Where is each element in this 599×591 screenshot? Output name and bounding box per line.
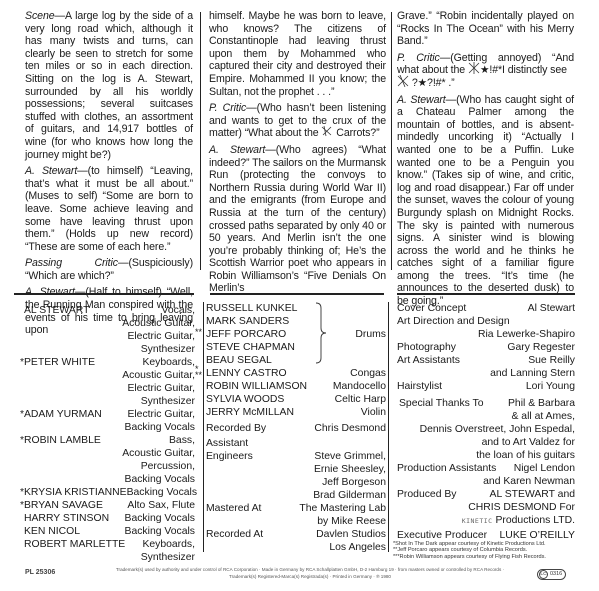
credit-label: Photography	[397, 341, 456, 354]
credit-label: Recorded At	[206, 528, 263, 554]
credit-label: Art Direction and Design	[397, 315, 575, 328]
credit-label: Assistant	[206, 437, 253, 450]
credit-row: *PETER WHITE Keyboards, Acoustic Guitar,…	[17, 356, 195, 408]
legal-line: Trademark(s) Registered-Marca(s) Registr…	[100, 573, 520, 580]
credit-label: Hairstylist	[397, 380, 442, 393]
credit-value: Al Stewart	[528, 302, 575, 315]
engineering-row: Mastered At The Mastering Lab by Mike Re…	[206, 502, 386, 528]
role: Backing Vocals	[125, 525, 195, 538]
credit-row: HARRY STINSON Backing Vocals	[17, 512, 195, 525]
credit-values: Steve Grimmel, Ernie Sheesley, Jeff Borg…	[313, 437, 386, 502]
role: Acoustic Guitar,	[122, 317, 195, 330]
credit-value: The Mastering Lab	[299, 502, 386, 515]
role: Synthesizer	[122, 395, 195, 408]
credit-value: Los Angeles	[316, 541, 386, 554]
scribble-doodle-icon	[468, 64, 480, 74]
section-divider	[14, 293, 194, 295]
credit-value-text: Productions LTD.	[495, 515, 575, 526]
footnote-marker: *	[17, 486, 24, 499]
credit-row: Art AssistantsSue Reilly	[397, 354, 575, 367]
column-divider	[200, 12, 201, 270]
column-divider	[391, 12, 392, 270]
speaker-label: A. Stewart	[25, 165, 77, 177]
engineering-row: Assistant Engineers Steve Grimmel, Ernie…	[206, 437, 386, 502]
musician-name: ROBERT MARLETTE	[24, 539, 125, 550]
role: Electric Guitar,	[122, 330, 195, 343]
credit-value: Jeff Borgeson	[313, 476, 386, 489]
kinetic-logo: KINETIC	[462, 517, 493, 525]
role: Percussion,	[122, 460, 195, 473]
credit-value: Davlen Studios	[316, 528, 386, 541]
credit-row: Production AssistantsNigel Lendon	[397, 462, 575, 475]
paragraph-text: —(to himself) “Leaving, that’s what it m…	[25, 165, 193, 253]
dialogue-paragraph: A. Stewart—(to himself) “Leaving, that’s…	[25, 165, 193, 253]
credit-value: by Mike Reese	[299, 515, 386, 528]
musician-name: JERRY McMILLAN	[206, 406, 294, 419]
paragraph-text: ★!#*I distinctly see	[480, 64, 567, 76]
role: Violin	[361, 406, 386, 419]
credit-label: Production Assistants	[397, 462, 496, 475]
credit-value: Dennis Overstreet, John Espedal,	[397, 423, 575, 436]
role: Backing Vocals	[125, 512, 195, 525]
credit-value: the loan of his guitars	[397, 449, 575, 462]
legal-line: Trademark(s) used by authority and under…	[100, 566, 520, 573]
credit-label: Recorded By	[206, 422, 266, 435]
musician-name: KEN NICOL	[24, 526, 80, 537]
lc-icon: LC	[539, 570, 548, 579]
speaker-label: P. Critic	[209, 102, 246, 114]
credit-row: *ROBIN LAMBLE Bass, Acoustic Guitar, Per…	[17, 434, 195, 486]
musician-name: AL STEWART	[24, 305, 89, 316]
role: Vocals,	[122, 304, 195, 317]
credit-value: AL STEWART and	[490, 488, 575, 501]
dialogue-paragraph: himself. Maybe he was born to leave, who…	[209, 10, 386, 98]
footnotes: *Shot In The Dark appear courtesy of Kin…	[393, 541, 593, 560]
musician-roles: Electric Guitar, Backing Vocals	[125, 408, 195, 434]
footnote-marker: *	[17, 499, 24, 512]
paragraph-text: himself. Maybe he was born to leave, who…	[209, 10, 386, 98]
credit-value: and Karen Newman	[397, 475, 575, 488]
credit-row: Cover ConceptAl Stewart	[397, 302, 575, 315]
credit-row: PhotographyGary Regester	[397, 341, 575, 354]
footnote-marker: **	[195, 327, 202, 337]
role: Keyboards,	[122, 356, 195, 369]
lc-code: 0316	[550, 570, 562, 579]
dialogue-paragraph: A. Stewart—(Who has caught sight of a Ch…	[397, 94, 574, 308]
credit-row: HairstylistLori Young	[397, 380, 575, 393]
role: Celtic Harp	[335, 393, 386, 406]
credit-row: Special Thanks ToPhil & Barbara	[397, 397, 575, 410]
credit-value: Ria Lewerke-Shapiro	[397, 328, 575, 341]
legal-text: Trademark(s) used by authority and under…	[100, 566, 520, 580]
engineering-row: Recorded By Chris Desmond	[206, 422, 386, 435]
column-divider	[203, 302, 204, 552]
speaker-label: A. Stewart	[397, 94, 446, 106]
credit-value: and Lanning Stern	[397, 367, 575, 380]
curly-brace-icon	[314, 302, 328, 364]
paragraph-text: —(Who has caught sight of a Chateau Palm…	[397, 94, 574, 308]
musician-roles: Keyboards, Acoustic Guitar, Electric Gui…	[122, 356, 195, 408]
musician-name: STEVE CHAPMAN	[206, 341, 386, 354]
musician-name: LENNY CASTRO	[206, 367, 287, 380]
credit-label: Mastered At	[206, 502, 261, 528]
credit-row: JERRY McMILLANViolin	[206, 406, 386, 419]
column-divider	[388, 302, 389, 552]
musician-name: RUSSELL KUNKEL	[206, 302, 386, 315]
section-divider	[210, 293, 384, 295]
musician-credits-middle: RUSSELL KUNKEL MARK SANDERS JEFF PORCARO…	[206, 302, 386, 554]
credit-value: Brad Gilderman	[313, 489, 386, 502]
credit-value: Gary Regester	[507, 341, 575, 354]
scribble-doodle-icon	[397, 77, 409, 87]
role: Synthesizer	[122, 343, 195, 356]
musician-name: KRYSIA KRISTIANNE	[24, 487, 127, 498]
label-code-badge: LC 0316	[537, 569, 566, 580]
musician-name: ROBIN WILLIAMSON	[206, 380, 307, 393]
credit-row: SYLVIA WOODSCeltic Harp	[206, 393, 386, 406]
role: Alto Sax, Flute	[127, 499, 195, 512]
musician-credits-left: AL STEWART Vocals, Acoustic Guitar, Elec…	[17, 304, 195, 564]
role: Mandocello	[333, 380, 386, 393]
liner-notes-column-3: Grave.” “Robin incidentally played on “R…	[397, 10, 574, 312]
dialogue-paragraph: A. Stewart—(Who agrees) “What indeed?” T…	[209, 144, 386, 295]
credit-row: ROBERT MARLETTE Keyboards, Synthesizer	[17, 538, 195, 564]
album-back-cover: Scene—A large log by the side of a very …	[0, 0, 599, 591]
credit-row: *KRYSIA KRISTIANNE Backing Vocals	[17, 486, 195, 499]
catalog-number: PL 25306	[25, 569, 55, 576]
credit-value: Nigel Lendon	[514, 462, 575, 475]
footnote-marker: *	[17, 434, 24, 447]
liner-notes-column-2: himself. Maybe he was born to leave, who…	[209, 10, 386, 299]
credit-value: KINETIC Productions LTD.	[397, 514, 575, 528]
dialogue-paragraph: P. Critic—(Getting annoyed) “And what ab…	[397, 52, 574, 90]
engineering-row: Recorded At Davlen Studios Los Angeles	[206, 528, 386, 554]
musician-roles: Bass, Acoustic Guitar, Percussion, Backi…	[122, 434, 195, 486]
credit-value: Phil & Barbara	[508, 397, 575, 410]
credit-value: and to Art Valdez for	[397, 436, 575, 449]
credit-row: AL STEWART Vocals, Acoustic Guitar, Elec…	[17, 304, 195, 356]
musician-name: BRYAN SAVAGE	[24, 500, 103, 511]
role: Bass,	[122, 434, 195, 447]
paragraph-text: Grave.” “Robin incidentally played on “R…	[397, 10, 574, 47]
liner-notes-column-1: Scene—A large log by the side of a very …	[25, 10, 193, 341]
paragraph-text: —A large log by the side of a very long …	[25, 10, 193, 161]
footnote-marker: *	[17, 356, 24, 369]
credit-value: Chris Desmond	[314, 422, 386, 435]
credit-values: The Mastering Lab by Mike Reese	[299, 502, 386, 528]
musician-name: PETER WHITE	[24, 357, 95, 368]
credit-row: LENNY CASTROCongas	[206, 367, 386, 380]
production-credits: Cover ConceptAl Stewart Art Direction an…	[397, 302, 575, 542]
role: Backing Vocals	[125, 421, 195, 434]
credit-row: ROBIN WILLIAMSONMandocello	[206, 380, 386, 393]
musician-roles: Keyboards, Synthesizer	[141, 538, 195, 564]
musician-name: ADAM YURMAN	[24, 409, 102, 420]
paragraph-text: Carrots?”	[336, 127, 379, 139]
role: Electric Guitar,	[122, 382, 195, 395]
section-divider	[397, 293, 575, 295]
speaker-label: P. Critic	[397, 52, 440, 64]
musician-name: HARRY STINSON	[24, 513, 109, 524]
credit-value: Sue Reilly	[528, 354, 575, 367]
credit-value: CHRIS DESMOND For	[397, 501, 575, 514]
musician-name: BEAU SEGAL	[206, 354, 386, 367]
credit-row: *BRYAN SAVAGE Alto Sax, Flute	[17, 499, 195, 512]
credit-label: Art Assistants	[397, 354, 460, 367]
dialogue-paragraph: Passing Critic—(Suspiciously) “Which are…	[25, 257, 193, 282]
credit-value: Ernie Sheesley,	[313, 463, 386, 476]
role: Backing Vocals	[127, 486, 197, 499]
musician-name: MARK SANDERS	[206, 315, 386, 328]
credit-value: Lori Young	[526, 380, 575, 393]
credit-value: & all at Ames,	[397, 410, 575, 423]
paragraph-text: ?★?!#* .”	[412, 77, 455, 89]
role: Acoustic Guitar,	[122, 447, 195, 460]
credit-row: Produced ByAL STEWART and	[397, 488, 575, 501]
role: Backing Vocals	[122, 473, 195, 486]
drummers-group: RUSSELL KUNKEL MARK SANDERS JEFF PORCARO…	[206, 302, 386, 367]
role: Congas	[350, 367, 386, 380]
credit-row: *ADAM YURMAN Electric Guitar, Backing Vo…	[17, 408, 195, 434]
scribble-doodle-icon	[321, 127, 333, 137]
credit-label: Produced By	[397, 488, 457, 501]
footnote-marker: ***	[195, 366, 202, 378]
musician-name: SYLVIA WOODS	[206, 393, 284, 406]
scene-paragraph: Scene—A large log by the side of a very …	[25, 10, 193, 161]
musician-roles: Vocals, Acoustic Guitar, Electric Guitar…	[122, 304, 195, 356]
credit-label: Special Thanks To	[397, 397, 484, 410]
credit-label: Cover Concept	[397, 302, 466, 315]
role: Drums	[355, 328, 386, 341]
credit-value: Steve Grimmel,	[313, 450, 386, 463]
dialogue-paragraph: P. Critic—(Who hasn’t been listening and…	[209, 102, 386, 140]
musician-name: ROBIN LAMBLE	[24, 435, 101, 446]
role: Acoustic Guitar,	[122, 369, 195, 382]
credit-row: KEN NICOL Backing Vocals	[17, 525, 195, 538]
speaker-label: Scene	[25, 10, 55, 22]
footnote: ***Robin Williamson appears courtesy of …	[393, 554, 593, 560]
speaker-label: Passing Critic	[25, 257, 118, 269]
dialogue-paragraph: Grave.” “Robin incidentally played on “R…	[397, 10, 574, 48]
role: Synthesizer	[141, 551, 195, 564]
role: Electric Guitar,	[125, 408, 195, 421]
paragraph-text: —(Who agrees) “What indeed?” The sailors…	[209, 144, 386, 295]
role: Keyboards,	[141, 538, 195, 551]
speaker-label: A. Stewart	[209, 144, 265, 156]
credit-label: Engineers	[206, 450, 253, 463]
footnote-marker: *	[17, 408, 24, 421]
credit-values: Davlen Studios Los Angeles	[316, 528, 386, 554]
